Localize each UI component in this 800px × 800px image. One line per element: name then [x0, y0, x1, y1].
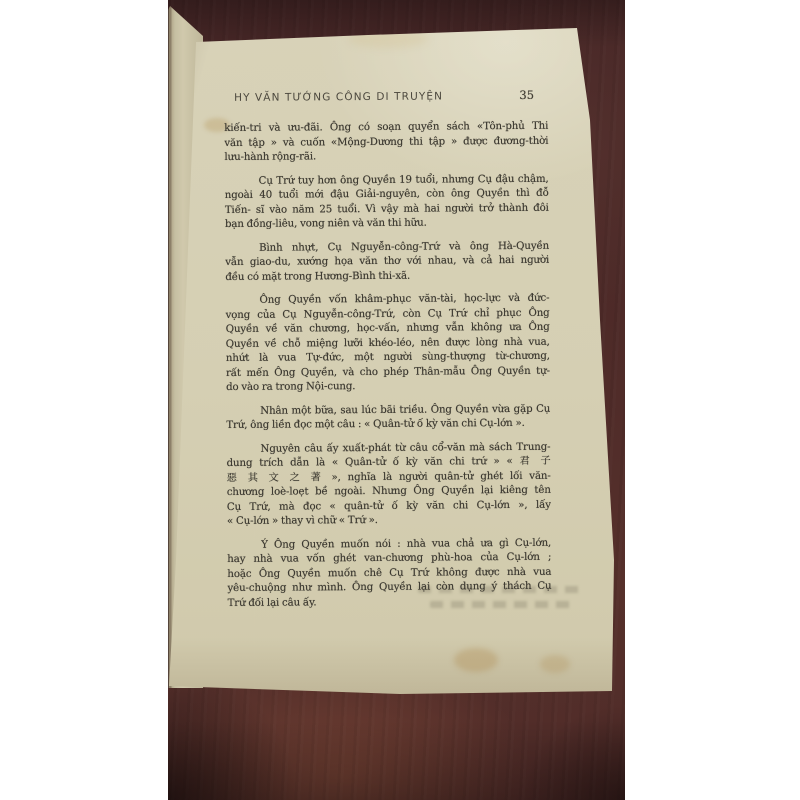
text-line: chương loè-loẹt bề ngoài. Nhưng Ông Quyề… — [227, 484, 551, 501]
text-line: do vào ra trong Nội-cung. — [226, 379, 550, 396]
paragraph: Nguyên câu ấy xuất-phát từ câu cổ-văn mà… — [226, 440, 551, 529]
text-line: Cụ Trứ, mà đọc « quân-tử ố kỳ văn chi Cụ… — [227, 498, 551, 515]
text-line: Trứ, ông liền đọc một câu : « Quân-tử ố … — [226, 417, 550, 434]
text-line: Tiến- sĩ vào năm 25 tuổi. Vì vậy mà hai … — [225, 201, 549, 218]
text-block: HY VĂN TƯỚNG CÔNG DI TRUYỆN 35 kiến-tri … — [224, 88, 552, 620]
book-photo: HY VĂN TƯỚNG CÔNG DI TRUYỆN 35 kiến-tri … — [168, 0, 625, 800]
paragraph: Ông Quyền vốn khâm-phục văn-tài, học-lực… — [225, 292, 550, 396]
paragraph: Ý Ông Quyền muốn nói : nhà vua chả ưa gì… — [227, 536, 551, 611]
running-title: HY VĂN TƯỚNG CÔNG DI TRUYỆN — [234, 90, 443, 103]
text-line: dung trích dẫn là « Quân-tử ố kỳ văn chi… — [227, 455, 551, 472]
text-line: vẫn giao-du, xướng họa văn thơ với nhau,… — [225, 254, 549, 271]
book-page: HY VĂN TƯỚNG CÔNG DI TRUYỆN 35 kiến-tri … — [168, 0, 618, 700]
paper-stain — [540, 655, 570, 673]
paper-stain — [454, 648, 498, 672]
body-text: kiến-tri và ưu-đãi. Ông có soạn quyển sá… — [224, 120, 551, 611]
page-header: HY VĂN TƯỚNG CÔNG DI TRUYỆN 35 — [224, 88, 548, 104]
text-line: nhứt là vua Tự-đức, một người sùng-thượn… — [226, 350, 550, 367]
text-line: kiến-tri và ưu-đãi. Ông có soạn quyển sá… — [224, 120, 548, 137]
text-line: lưu-hành rộng-rãi. — [224, 149, 548, 166]
text-line: Quyền về văn chương, học-vấn, nhưng vẫn … — [226, 321, 550, 338]
paragraph: kiến-tri và ưu-đãi. Ông có soạn quyển sá… — [224, 120, 548, 166]
paragraph: Nhân một bữa, sau lúc bãi triều. Ông Quy… — [226, 402, 550, 433]
paragraph: Bình nhựt, Cụ Nguyễn-công-Trứ và ông Hà-… — [225, 239, 549, 285]
text-line: rất mến Ông Quyền, và cho phép Thân-mẫu … — [226, 364, 550, 381]
text-line: Trứ đối lại câu ấy. — [228, 594, 552, 611]
text-line: « Cụ-lớn » thay vì chữ « Trứ ». — [227, 513, 551, 530]
text-line: Ông Quyền vốn khâm-phục văn-tài, học-lực… — [225, 292, 549, 309]
text-line: văn tập » và cuốn «Mộng-Dương thi tập » … — [224, 134, 548, 151]
text-line: yêu-chuộng như mình. Ông Quyền lại còn d… — [227, 580, 551, 597]
paragraph: Cụ Trứ tuy hơn ông Quyền 19 tuổi, nhưng … — [225, 172, 549, 232]
page-number: 35 — [519, 88, 534, 102]
text-line: ngoài 40 tuổi mới đậu Giải-nguyên, còn ô… — [225, 187, 549, 204]
text-line: bạn đồng-liêu, vong niên và văn thi hữu. — [225, 216, 549, 233]
text-line: hay nhà vua vốn ghét van-chương phù-hoa … — [227, 551, 551, 568]
text-line: đều có mặt trong Hương-Bình thi-xã. — [225, 268, 549, 285]
